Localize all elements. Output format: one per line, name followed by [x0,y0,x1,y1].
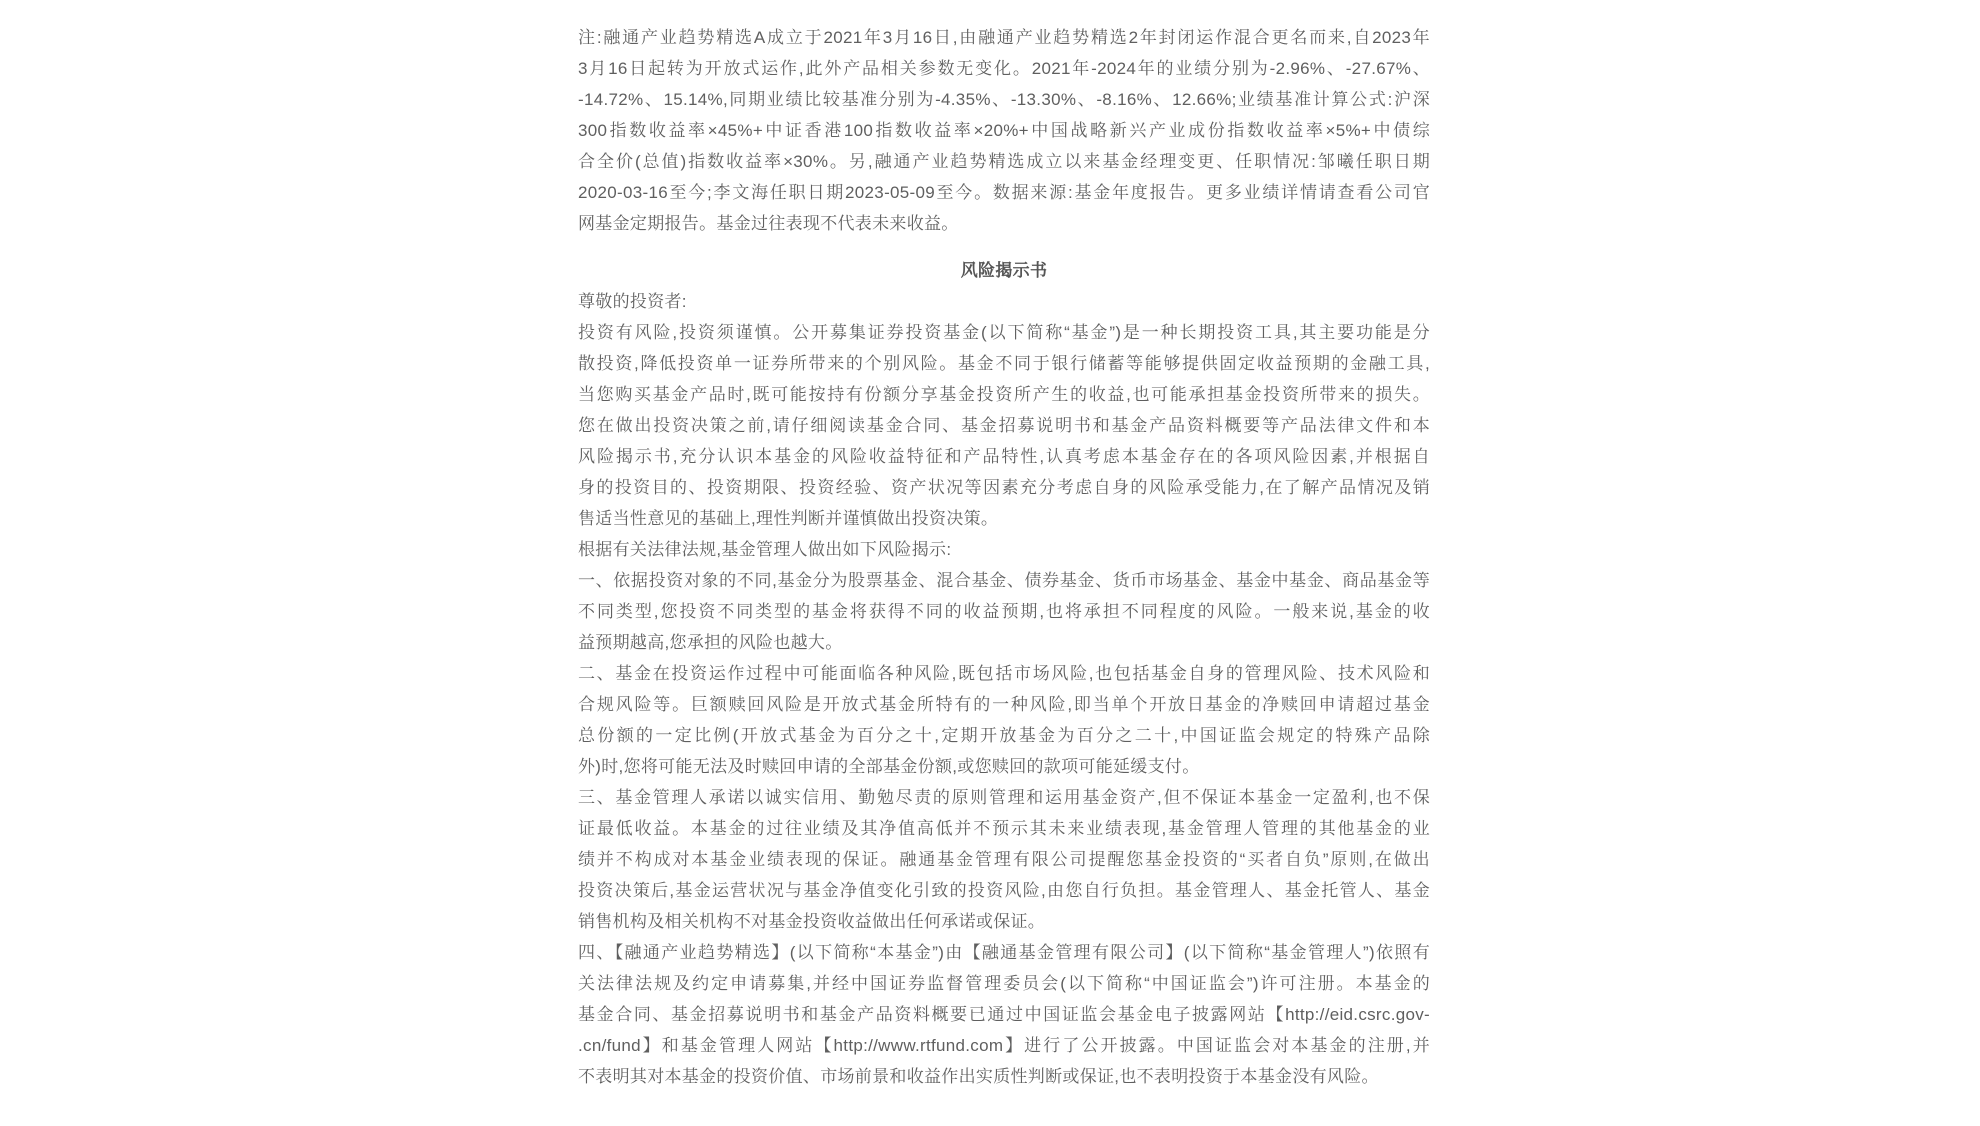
text-line: 总份额的一定比例(开放式基金为百分之十,定期开放基金为百分之二十,中国证监会规定… [578,720,1430,751]
text-line: 一、依据投资对象的不同,基金分为股票基金、混合基金、债券基金、货币市场基金、基金… [578,565,1430,596]
text-line: 不同类型,您投资不同类型的基金将获得不同的收益预期,也将承担不同程度的风险。一般… [578,596,1430,627]
text-line: 注:融通产业趋势精选A成立于2021年3月16日,由融通产业趋势精选2年封闭运作… [578,22,1430,53]
text-line: 2020-03-16至今;李文海任职日期2023-05-09至今。数据来源:基金… [578,177,1430,208]
document-page: 注:融通产业趋势精选A成立于2021年3月16日,由融通产业趋势精选2年封闭运作… [0,0,1980,1126]
text-line: 外)时,您将可能无法及时赎回申请的全部基金份额,或您赎回的款项可能延缓支付。 [578,751,1430,782]
text-line: 根据有关法律法规,基金管理人做出如下风险揭示: [578,534,1430,565]
text-line: 身的投资目的、投资期限、投资经验、资产状况等因素充分考虑自身的风险承受能力,在了… [578,472,1430,503]
text-line: 投资有风险,投资须谨慎。公开募集证券投资基金(以下简称“基金”)是一种长期投资工… [578,317,1430,348]
text-line: 绩并不构成对本基金业绩表现的保证。融通基金管理有限公司提醒您基金投资的“买者自负… [578,844,1430,875]
risk-disclosure-document: 注:融通产业趋势精选A成立于2021年3月16日,由融通产业趋势精选2年封闭运作… [578,22,1430,1092]
text-line: 网基金定期报告。基金过往表现不代表未来收益。 [578,208,1430,239]
text-line: 销售机构及相关机构不对基金投资收益做出任何承诺或保证。 [578,906,1430,937]
text-line: 基金合同、基金招募说明书和基金产品资料概要已通过中国证监会基金电子披露网站【ht… [578,999,1430,1030]
text-line: 益预期越高,您承担的风险也越大。 [578,627,1430,658]
text-line: 三、基金管理人承诺以诚实信用、勤勉尽责的原则管理和运用基金资产,但不保证本基金一… [578,782,1430,813]
text-line: 售适当性意见的基础上,理性判断并谨慎做出投资决策。 [578,503,1430,534]
text-line: 风险揭示书,充分认识本基金的风险收益特征和产品特性,认真考虑本基金存在的各项风险… [578,441,1430,472]
text-line: 3月16日起转为开放式运作,此外产品相关参数无变化。2021年-2024年的业绩… [578,53,1430,84]
text-line: 您在做出投资决策之前,请仔细阅读基金合同、基金招募说明书和基金产品资料概要等产品… [578,410,1430,441]
text-line: -14.72%、15.14%,同期业绩比较基准分别为-4.35%、-13.30%… [578,84,1430,115]
text-line: 不表明其对本基金的投资价值、市场前景和收益作出实质性判断或保证,也不表明投资于本… [578,1061,1430,1092]
text-line: 投资决策后,基金运营状况与基金净值变化引致的投资风险,由您自行负担。基金管理人、… [578,875,1430,906]
text-line: 四、【融通产业趋势精选】(以下简称“本基金”)由【融通基金管理有限公司】(以下简… [578,937,1430,968]
text-line: 证最低收益。本基金的过往业绩及其净值高低并不预示其未来业绩表现,基金管理人管理的… [578,813,1430,844]
text-line: 合规风险等。巨额赎回风险是开放式基金所特有的一种风险,即当单个开放日基金的净赎回… [578,689,1430,720]
text-line: 300指数收益率×45%+中证香港100指数收益率×20%+中国战略新兴产业成份… [578,115,1430,146]
text-line: 尊敬的投资者: [578,286,1430,317]
text-line: 合全价(总值)指数收益率×30%。另,融通产业趋势精选成立以来基金经理变更、任职… [578,146,1430,177]
text-line: 当您购买基金产品时,既可能按持有份额分享基金投资所产生的收益,也可能承担基金投资… [578,379,1430,410]
document-heading: 风险揭示书 [578,255,1430,286]
text-line: 二、基金在投资运作过程中可能面临各种风险,既包括市场风险,也包括基金自身的管理风… [578,658,1430,689]
text-line: 关法律法规及约定申请募集,并经中国证券监督管理委员会(以下简称“中国证监会”)许… [578,968,1430,999]
text-line: 散投资,降低投资单一证券所带来的个别风险。基金不同于银行储蓄等能够提供固定收益预… [578,348,1430,379]
text-line: .cn/fund】和基金管理人网站【http://www.rtfund.com】… [578,1030,1430,1061]
